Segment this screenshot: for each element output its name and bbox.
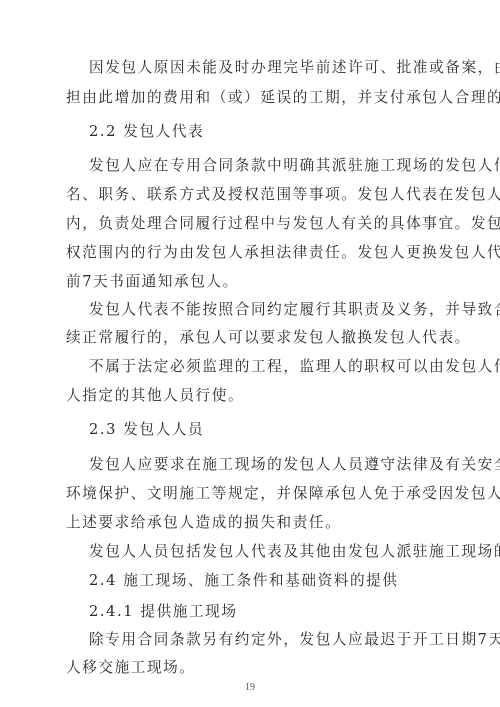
document-page: 因发包人原因未能及时办理完毕前述许可、批准或备案，由发包人承 担由此增加的费用和…	[0, 0, 500, 707]
page-number: 19	[0, 682, 500, 693]
paragraph-line: 发包人应在专用合同条款中明确其派驻施工现场的发包人代表的姓	[89, 156, 500, 176]
paragraph-line: 续正常履行的，承包人可以要求发包人撤换发包人代表。	[66, 328, 471, 348]
paragraph-line: 除专用合同条款另有约定外，发包人应最迟于开工日期7天前向承包	[89, 630, 500, 650]
paragraph-line: 环境保护、文明施工等规定，并保障承包人免于承受因发包人人员未遵守	[66, 484, 500, 504]
paragraph-line: 名、职务、联系方式及授权范围等事项。发包人代表在发包人的授权范围	[66, 185, 500, 205]
section-heading: 2.4 施工现场、施工条件和基础资料的提供	[89, 571, 399, 591]
paragraph-line: 发包人代表不能按照合同约定履行其职责及义务，并导致合同无法继	[89, 300, 500, 320]
paragraph-line: 因发包人原因未能及时办理完毕前述许可、批准或备案，由发包人承	[89, 58, 500, 78]
paragraph-line: 人指定的其他人员行使。	[66, 386, 244, 406]
paragraph-line: 发包人应要求在施工现场的发包人人员遵守法律及有关安全、质量、	[89, 455, 500, 475]
paragraph-line: 内，负责处理合同履行过程中与发包人有关的具体事宜。发包人代表在授	[66, 214, 500, 234]
paragraph-line: 上述要求给承包人造成的损失和责任。	[66, 513, 341, 533]
paragraph-line: 担由此增加的费用和（或）延误的工期，并支付承包人合理的利润。	[66, 88, 500, 108]
section-heading: 2.2 发包人代表	[89, 122, 204, 142]
paragraph-line: 不属于法定必须监理的工程，监理人的职权可以由发包人代表或发包	[89, 357, 500, 377]
paragraph-line: 权范围内的行为由发包人承担法律责任。发包人更换发包人代表的，应提	[66, 243, 500, 263]
paragraph-line: 前7天书面通知承包人。	[66, 272, 239, 292]
paragraph-line: 发包人人员包括发包人代表及其他由发包人派驻施工现场的人员。	[89, 542, 500, 562]
paragraph-line: 人移交施工现场。	[66, 658, 196, 678]
section-heading: 2.3 发包人人员	[89, 420, 204, 440]
subsection-heading: 2.4.1 提供施工现场	[89, 602, 238, 622]
